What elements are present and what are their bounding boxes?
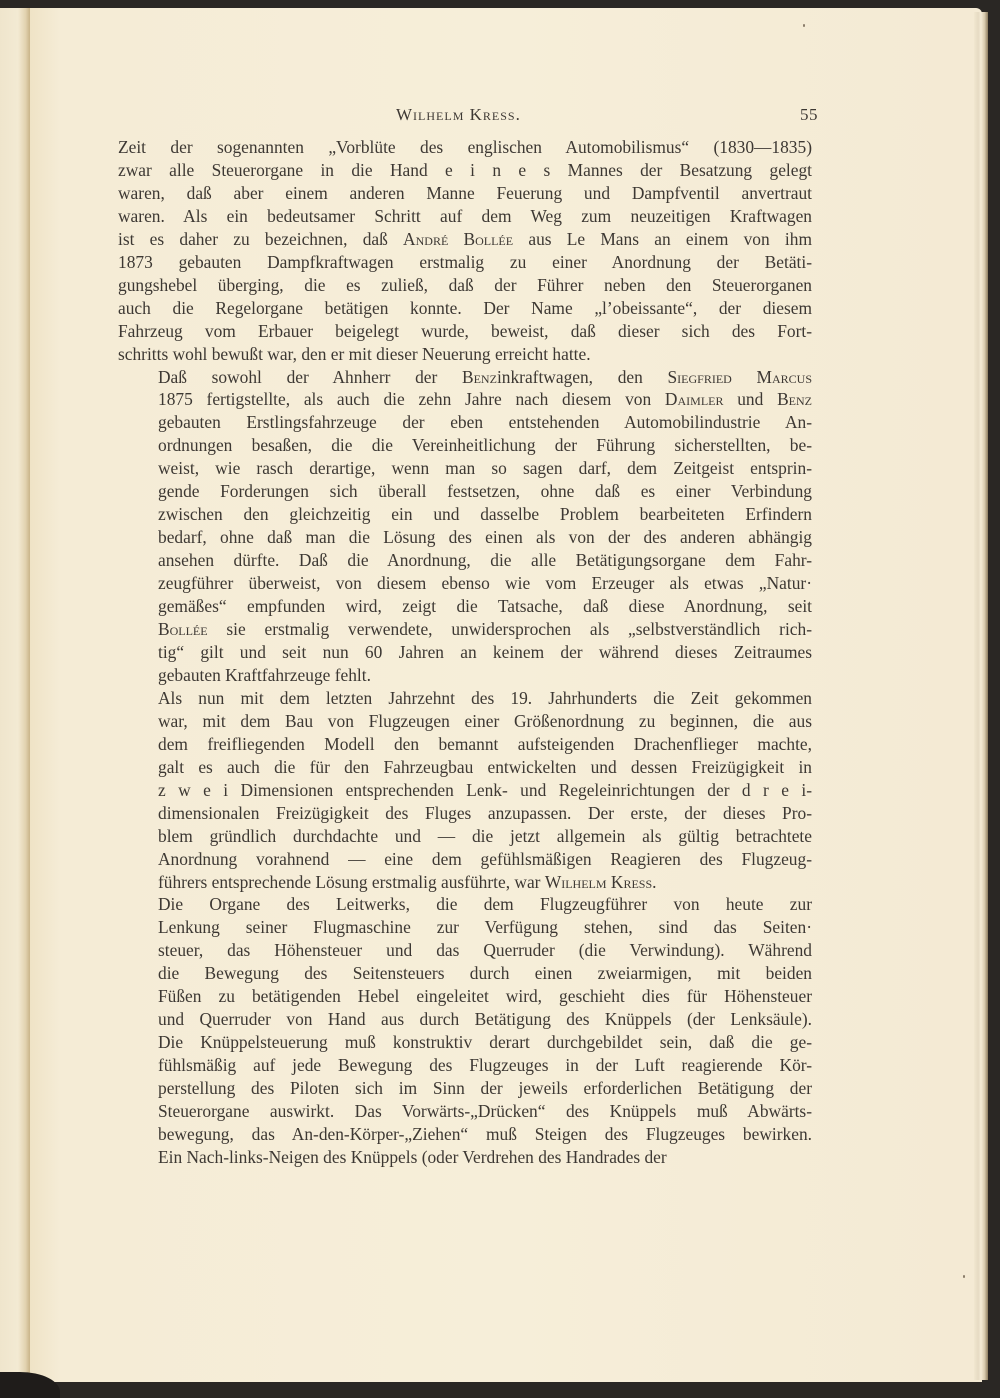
text-line: weist, wie rasch derartige, wenn man so …	[118, 457, 812, 480]
text-line: tig“ gilt und seit nun 60 Jahren an kein…	[118, 641, 812, 664]
text-line: Ein Nach-links-Neigen des Knüppels (oder…	[118, 1146, 812, 1169]
text-line: gungshebel überging, die es zuließ, daß …	[118, 274, 812, 297]
text-line: ordnungen besaßen, die die Vereinheitlic…	[118, 434, 812, 457]
paragraph-4: Die Organe des Leitwerks, die dem Flugze…	[118, 893, 812, 1168]
proper-name: Daimler	[665, 389, 724, 409]
text-line: Lenkung seiner Flugmaschine zur Verfügun…	[118, 916, 812, 939]
scanned-book-page: Wilhelm Kress. 55 Zeit der sogenannten „…	[0, 0, 1000, 1398]
proper-name: André Bollée	[403, 229, 513, 249]
text-line: fühlsmäßig auf jede Bewegung des Flugzeu…	[118, 1054, 812, 1077]
text-line: Die Knüppelsteuerung muß konstruktiv der…	[118, 1031, 812, 1054]
text-line: 1875 fertigstellte, als auch die zehn Ja…	[118, 388, 812, 411]
text-line: und Querruder von Hand aus durch Betätig…	[118, 1008, 812, 1031]
text-line: gemäßes“ empfunden wird, zeigt die Tatsa…	[118, 595, 812, 618]
text-line: schritts wohl bewußt war, den er mit die…	[118, 343, 812, 366]
text-line: Die Organe des Leitwerks, die dem Flugze…	[118, 893, 812, 916]
text-line: waren, daß aber einem anderen Manne Feue…	[118, 182, 812, 205]
text-line: Zeit der sogenannten „Vorblüte des engli…	[118, 136, 812, 159]
text-line: bewegung, das An-den-Körper-„Ziehen“ muß…	[118, 1123, 812, 1146]
page-content: Wilhelm Kress. 55 Zeit der sogenannten „…	[118, 102, 812, 1169]
page-number: 55	[800, 105, 818, 125]
text-line: dem freifliegenden Modell den bemannt au…	[118, 733, 812, 756]
running-head: Wilhelm Kress. 55	[118, 102, 812, 136]
proper-name: Benz	[462, 367, 497, 387]
text-line: Anordnung vorahnend — eine dem gefühlsmä…	[118, 848, 812, 871]
text-line: zwischen den gleichzeitig ein und dassel…	[118, 503, 812, 526]
text-line: führers entsprechende Lösung erstmalig a…	[118, 871, 812, 894]
text-line: waren. Als ein bedeutsamer Schritt auf d…	[118, 205, 812, 228]
body-text: Zeit der sogenannten „Vorblüte des engli…	[118, 136, 812, 1169]
text-line: Bollée sie erstmalig verwendete, unwider…	[118, 618, 812, 641]
text-line: gebauten Kraftfahrzeuge fehlt.	[118, 664, 812, 687]
text-line: ansehen dürfte. Daß die Anordnung, die a…	[118, 549, 812, 572]
proper-name: Bollée	[158, 619, 208, 639]
paragraph-2: Daß sowohl der Ahnherr der Benzinkraftwa…	[118, 366, 812, 687]
running-title: Wilhelm Kress.	[396, 105, 521, 125]
text-line: ist es daher zu bezeichnen, daß André Bo…	[118, 228, 812, 251]
text-line: die Bewegung des Seitensteuers durch ein…	[118, 962, 812, 985]
text-line: Steuerorgane auswirkt. Das Vorwärts-„Drü…	[118, 1100, 812, 1123]
text-line: Als nun mit dem letzten Jahrzehnt des 19…	[118, 687, 812, 710]
paragraph-1: Zeit der sogenannten „Vorblüte des engli…	[118, 136, 812, 366]
text-line: gende Forderungen sich überall festsetze…	[118, 480, 812, 503]
text-line: war, mit dem Bau von Flugzeugen einer Gr…	[118, 710, 812, 733]
paragraph-3: Als nun mit dem letzten Jahrzehnt des 19…	[118, 687, 812, 894]
proper-name: Wilhelm Kress	[545, 872, 652, 892]
text-line: z w e i Dimensionen entsprechenden Lenk-…	[118, 779, 812, 802]
text-line: zeugführer überweist, von diesem ebenso …	[118, 572, 812, 595]
text-line: 1873 gebauten Dampfkraftwagen erstmalig …	[118, 251, 812, 274]
text-line: blem gründlich durchdachte und — die jet…	[118, 825, 812, 848]
proper-name: Benz	[777, 389, 812, 409]
page-stack-edge	[974, 12, 988, 1380]
text-line: gebauten Erstlingsfahrzeuge der eben ent…	[118, 411, 812, 434]
paper-speck	[963, 1275, 965, 1278]
text-line: perstellung des Piloten sich im Sinn der…	[118, 1077, 812, 1100]
text-line: galt es auch die für den Fahrzeugbau ent…	[118, 756, 812, 779]
proper-name: Siegfried Marcus	[668, 367, 813, 387]
text-line: auch die Regelorgane betätigen konnte. D…	[118, 297, 812, 320]
text-line: steuer, das Höhensteuer und das Querrude…	[118, 939, 812, 962]
text-line: Füßen zu betätigenden Hebel eingeleitet …	[118, 985, 812, 1008]
text-line: Daß sowohl der Ahnherr der Benzinkraftwa…	[118, 366, 812, 389]
text-line: dimensionalen Freizügigkeit des Fluges a…	[118, 802, 812, 825]
text-line: zwar alle Steuerorgane in die Hand e i n…	[118, 159, 812, 182]
text-line: Fahrzeug vom Erbauer beigelegt wurde, be…	[118, 320, 812, 343]
paper-speck	[803, 24, 805, 27]
text-line: bedarf, ohne daß man die Lösung des eine…	[118, 526, 812, 549]
facing-page-edge	[0, 8, 30, 1380]
